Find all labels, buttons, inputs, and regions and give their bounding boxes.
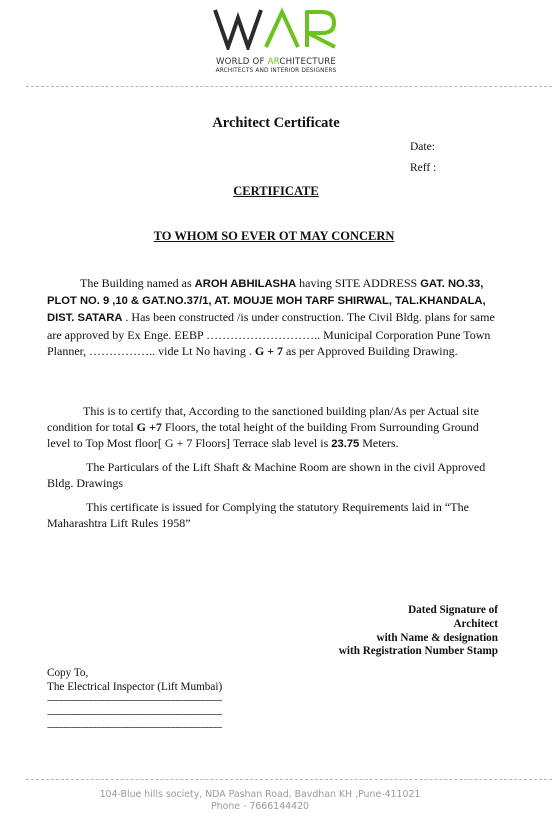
paragraph-building-details: The Building named as AROH ABHILASHA hav… — [47, 275, 497, 359]
footer-divider — [26, 779, 552, 780]
paragraph-lift-rules: This certificate is issued for Complying… — [47, 499, 497, 531]
certificate-heading: CERTIFICATE — [0, 184, 552, 199]
reference-label: Reff : — [410, 162, 436, 174]
signature-line: Architect — [339, 618, 498, 632]
footer-phone: Phone - 7666144420 — [0, 801, 520, 813]
copy-to-block: Copy To, The Electrical Inspector (Lift … — [47, 667, 227, 735]
company-logo: WORLD OF ARCHITECTURE ARCHITECTS AND INT… — [0, 4, 552, 75]
signature-block: Dated Signature of Architect with Name &… — [339, 604, 498, 659]
logo-tagline: ARCHITECTS AND INTERIOR DESIGNERS — [0, 67, 552, 75]
footer: 104-Blue hills society, NDA Pashan Road,… — [0, 789, 520, 812]
salutation-heading: TO WHOM SO EVER OT MAY CONCERN — [0, 229, 548, 244]
building-name: AROH ABHILASHA — [195, 278, 297, 290]
signature-line: Dated Signature of — [339, 604, 498, 618]
war-logo-mark — [211, 4, 341, 50]
document-page: WORLD OF ARCHITECTURE ARCHITECTS AND INT… — [0, 0, 552, 818]
signature-line: with Name & designation — [339, 632, 498, 646]
footer-address: 104-Blue hills society, NDA Pashan Road,… — [0, 789, 520, 801]
floor-count: G + 7 — [255, 344, 283, 358]
copy-to-label: Copy To, — [47, 667, 227, 681]
blank-line: ----------------------------------------… — [47, 694, 227, 708]
document-title: Architect Certificate — [0, 115, 552, 132]
signature-line: with Registration Number Stamp — [339, 645, 498, 659]
paragraph-certification: This is to certify that, According to th… — [47, 403, 497, 453]
header-divider — [26, 86, 552, 87]
logo-company-name: WORLD OF ARCHITECTURE — [0, 57, 552, 67]
paragraph-lift-shaft: The Particulars of the Lift Shaft & Mach… — [47, 459, 497, 491]
total-floors: G +7 — [137, 420, 162, 434]
building-height: 23.75 — [331, 438, 359, 450]
blank-line: ----------------------------------------… — [47, 708, 227, 722]
date-label: Date: — [410, 141, 435, 153]
copy-to-recipient: The Electrical Inspector (Lift Mumbai) — [47, 681, 227, 695]
blank-line: ----------------------------------------… — [47, 721, 227, 735]
